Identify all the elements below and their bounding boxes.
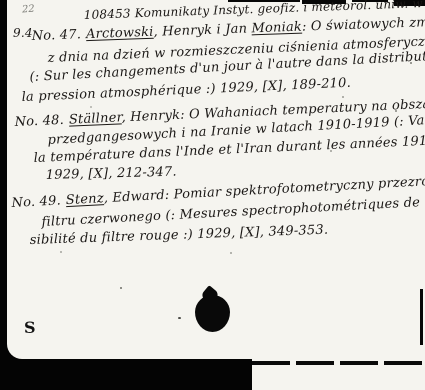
scanned-page: 22 108453 Komunikaty Instyt. geofiz. i m…: [0, 0, 425, 390]
entry-47-author-1: Arctowski: [86, 25, 154, 42]
card-bottom-edge-line: [252, 361, 425, 365]
accession-number: 108453: [84, 6, 131, 22]
pencil-mark: 22: [22, 4, 35, 16]
margin-note: 9.4: [13, 26, 33, 40]
entry-48-number: No. 48.: [14, 113, 64, 130]
entry-47-author-2: Moniak: [251, 20, 302, 37]
entry-48-author-1: Ställner: [69, 110, 122, 127]
entry-49-number: No. 49.: [11, 193, 61, 211]
entry-47-number: No. 47.: [31, 27, 81, 44]
ink-splatter-dot: [178, 317, 181, 319]
scan-edge-right-line: [420, 289, 423, 345]
scan-noise-specks: [0, 0, 2, 2]
entry-49-author-1: Stenz: [65, 191, 104, 208]
sheet-letter: S: [24, 318, 36, 337]
